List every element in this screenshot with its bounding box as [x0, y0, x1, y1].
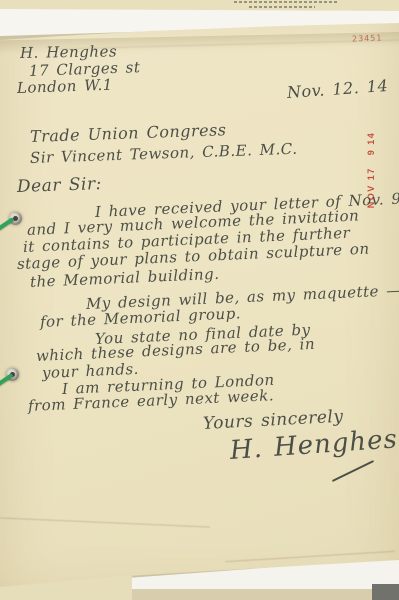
paper-crease: [225, 551, 395, 562]
letter-sheet: 23451 NOV 17 9 14 H. Henghes 17 Clarges …: [0, 0, 399, 600]
top-paper-text-fragment: [234, 1, 338, 3]
signature-flourish: [332, 460, 374, 482]
paper-crease: [0, 517, 210, 527]
dark-surface-corner: [372, 584, 399, 600]
salutation: Dear Sir:: [17, 174, 102, 197]
letter-date: Nov. 12. 14: [286, 76, 388, 102]
sender-address-line2: London W.1: [17, 76, 113, 97]
scanned-letter-page: 23451 NOV 17 9 14 H. Henghes 17 Clarges …: [0, 0, 399, 600]
top-paper-text-fragment: [249, 6, 315, 8]
recipient-organisation: Trade Union Congress: [30, 120, 227, 146]
archive-number: 23451: [352, 33, 383, 43]
